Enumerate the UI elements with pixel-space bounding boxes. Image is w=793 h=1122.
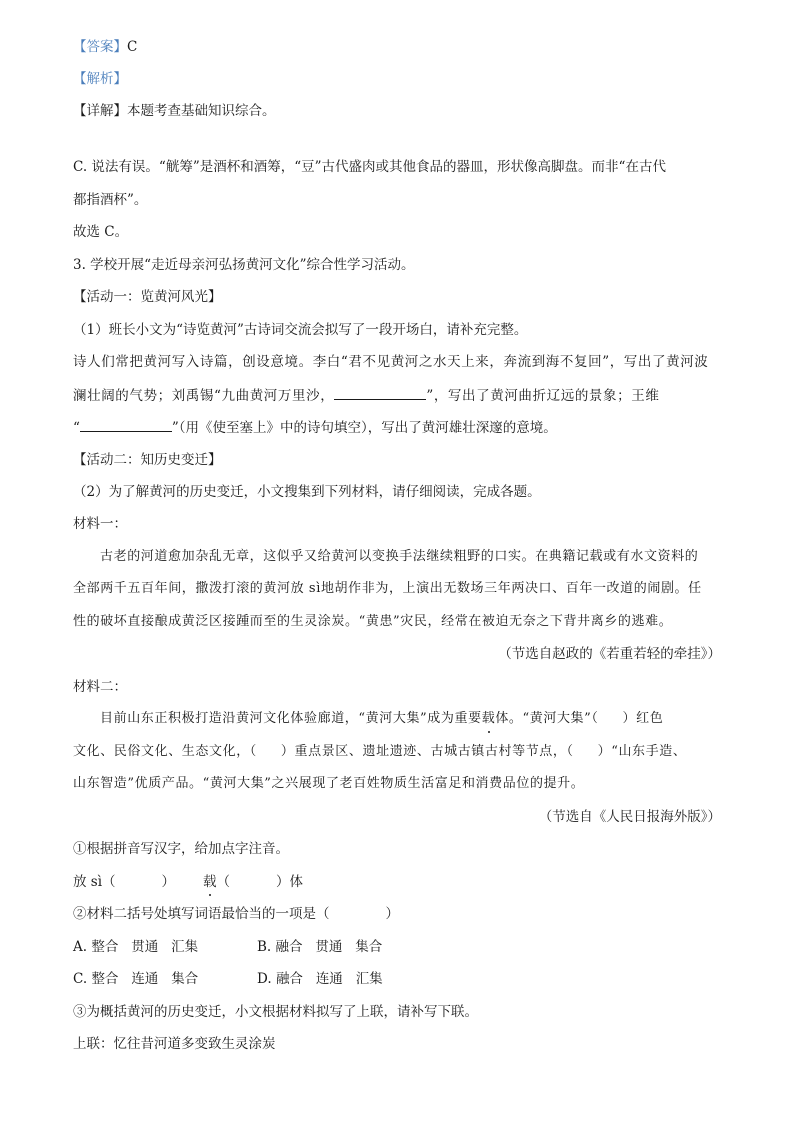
option-c[interactable]: C. 整合 连通 集合 xyxy=(73,969,257,989)
activity-2-question: （2）为了解黄河的历史变迁，小文搜集到下列材料，请仔细阅读，完成各题。 xyxy=(73,482,723,502)
option-c-word-3: 集合 xyxy=(171,971,198,987)
options-row-2: C. 整合 连通 集合 D. 融合 连通 汇集 xyxy=(73,969,723,989)
dotted-character: 载 xyxy=(482,709,496,729)
activity-1-question: （1）班长小文为“诗览黄河”古诗词交流会拟写了一段开场白，请补充完整。 xyxy=(73,320,723,340)
material-1-line-1: 古老的河道愈加杂乱无章，这似乎又给黄河以变换手法继续粗野的口实。在典籍记载或有水… xyxy=(100,547,750,567)
option-b-letter: B. xyxy=(257,939,271,955)
paragraph-2-end: ”，写出了黄河曲折辽远的景象；王维 xyxy=(426,388,659,404)
analysis-label: 【解析】 xyxy=(73,69,723,89)
option-d-word-1: 融合 xyxy=(276,971,303,987)
option-c-word-1: 整合 xyxy=(91,971,118,987)
fill-blank-1[interactable] xyxy=(334,385,426,400)
material-2-line-1: 目前山东正积极打造沿黄河文化体验廊道，“黄河大集”成为重要载体。“黄河大集”（）… xyxy=(100,709,750,729)
conclusion: 故选 C。 xyxy=(73,222,723,242)
option-a-letter: A. xyxy=(73,939,87,955)
explanation-line-2: 都指酒杯”。 xyxy=(73,190,723,210)
option-c-word-2: 连通 xyxy=(131,971,158,987)
material-1-line-3: 性的破坏直接酿成黄泛区接踵而至的生灵涂炭。“黄患”灾民，经常在被迫无奈之下背井离… xyxy=(73,612,723,632)
sub-question-2-close: ） xyxy=(386,906,400,922)
activity-2-title: 【活动二：知历史变迁】 xyxy=(73,450,723,470)
explanation-line-1: C. 说法有误。“觥筹”是酒杯和酒筹，“豆”古代盛肉或其他食品的器皿，形状像高脚… xyxy=(73,157,723,177)
activity-1-paragraph-2: 澜壮阔的气势；刘禹锡“九曲黄河万里沙，”，写出了黄河曲折辽远的景象；王维 xyxy=(73,385,723,406)
upper-couplet: 上联：忆往昔河道多变致生灵涂炭 xyxy=(73,1034,723,1054)
detail-label: 【详解】 xyxy=(73,103,127,119)
material-2-line-2-b: ）重点景区、遗址遗迹、古城古镇古村等节点，（ xyxy=(281,744,574,759)
detail-text: 本题考查基础知识综合。 xyxy=(127,103,276,119)
material-2-line-1-b: 体。“黄河大集”（ xyxy=(495,711,598,726)
activity-1-paragraph-1: 诗人们常把黄河写入诗篇，创设意境。李白“君不见黄河之水天上来，奔流到海不复回”，… xyxy=(73,352,723,372)
question-3-stem: 3. 学校开展“走近母亲河弘扬黄河文化”综合性学习活动。 xyxy=(73,255,723,275)
option-a-word-1: 整合 xyxy=(91,939,118,955)
options-row-1: A. 整合 贯通 汇集 B. 融合 贯通 集合 xyxy=(73,937,723,957)
pinyin-item-prefix: 放 sì（ xyxy=(73,874,116,890)
material-2-line-1-a: 目前山东正积极打造沿黄河文化体验廊道，“黄河大集”成为重要 xyxy=(100,711,482,726)
paragraph-3-open-quote: “ xyxy=(73,420,80,436)
option-b-word-2: 贯通 xyxy=(315,939,342,955)
option-d-letter: D. xyxy=(257,971,272,987)
dotted-char-zai: 载 xyxy=(203,872,217,892)
option-b[interactable]: B. 融合 贯通 集合 xyxy=(257,937,382,957)
option-b-word-3: 集合 xyxy=(355,939,382,955)
pinyin-item-suffix: ） xyxy=(162,874,176,890)
sub-question-1-prompt: ①根据拼音写汉字，给加点字注音。 xyxy=(73,839,723,859)
option-a[interactable]: A. 整合 贯通 汇集 xyxy=(73,937,257,957)
document-page: 【答案】C 【解析】 【详解】本题考查基础知识综合。 C. 说法有误。“觥筹”是… xyxy=(0,0,793,1122)
sub-question-3-prompt: ③为概括黄河的历史变迁，小文根据材料拟写了上联，请补写下联。 xyxy=(73,1002,723,1022)
zhuyin-close-paren: ）体 xyxy=(276,874,303,890)
material-2-line-1-c: ）红色 xyxy=(623,711,664,726)
option-c-letter: C. xyxy=(73,971,87,987)
paragraph-3-end: ”（用《使至塞上》中的诗句填空），写出了黄河雄壮深邃的意境。 xyxy=(172,420,557,436)
detail-line: 【详解】本题考查基础知识综合。 xyxy=(73,101,723,121)
zhuyin-open-paren: （ xyxy=(217,874,231,890)
option-d[interactable]: D. 融合 连通 汇集 xyxy=(257,969,383,989)
sub-question-2-text: ②材料二括号处填写词语最恰当的一项是（ xyxy=(73,906,330,922)
material-1-source: （节选自赵政的《若重若轻的牵挂》） xyxy=(498,644,721,664)
option-d-word-2: 连通 xyxy=(316,971,343,987)
material-2-line-3: 山东智造”优质产品。“黄河大集”之兴展现了老百姓物质生活富足和消费品位的提升。 xyxy=(73,774,723,794)
answer-value: C xyxy=(127,39,137,55)
material-2-line-2-a: 文化、民俗文化、生态文化，（ xyxy=(73,744,257,759)
option-d-word-3: 汇集 xyxy=(356,971,383,987)
material-1-label: 材料一： xyxy=(73,514,723,534)
material-2-label: 材料二： xyxy=(73,677,723,697)
answer-label: 【答案】 xyxy=(73,39,127,55)
option-a-word-3: 汇集 xyxy=(171,939,198,955)
sub-question-1-items: 放 sì（）载（）体 xyxy=(73,872,723,892)
sub-question-2-prompt: ②材料二括号处填写词语最恰当的一项是（） xyxy=(73,904,723,924)
material-2-source: （节选自《人民日报海外版》） xyxy=(539,807,721,827)
option-a-word-2: 贯通 xyxy=(131,939,158,955)
activity-1-title: 【活动一：览黄河风光】 xyxy=(73,287,723,307)
material-1-line-2: 全部两千五百年间，撒泼打滚的黄河放 sì地胡作非为，上演出无数场三年两决口、百年… xyxy=(73,579,723,599)
option-b-word-1: 融合 xyxy=(276,939,303,955)
material-2-line-2: 文化、民俗文化、生态文化，（）重点景区、遗址遗迹、古城古镇古村等节点，（）“山东… xyxy=(73,742,723,762)
material-2-line-2-c: ）“山东手造、 xyxy=(598,744,687,759)
paragraph-2-start: 澜壮阔的气势；刘禹锡“九曲黄河万里沙， xyxy=(73,388,334,404)
activity-1-paragraph-3: “”（用《使至塞上》中的诗句填空），写出了黄河雄壮深邃的意境。 xyxy=(73,417,723,438)
fill-blank-2[interactable] xyxy=(80,417,172,432)
answer-line: 【答案】C xyxy=(73,37,723,57)
